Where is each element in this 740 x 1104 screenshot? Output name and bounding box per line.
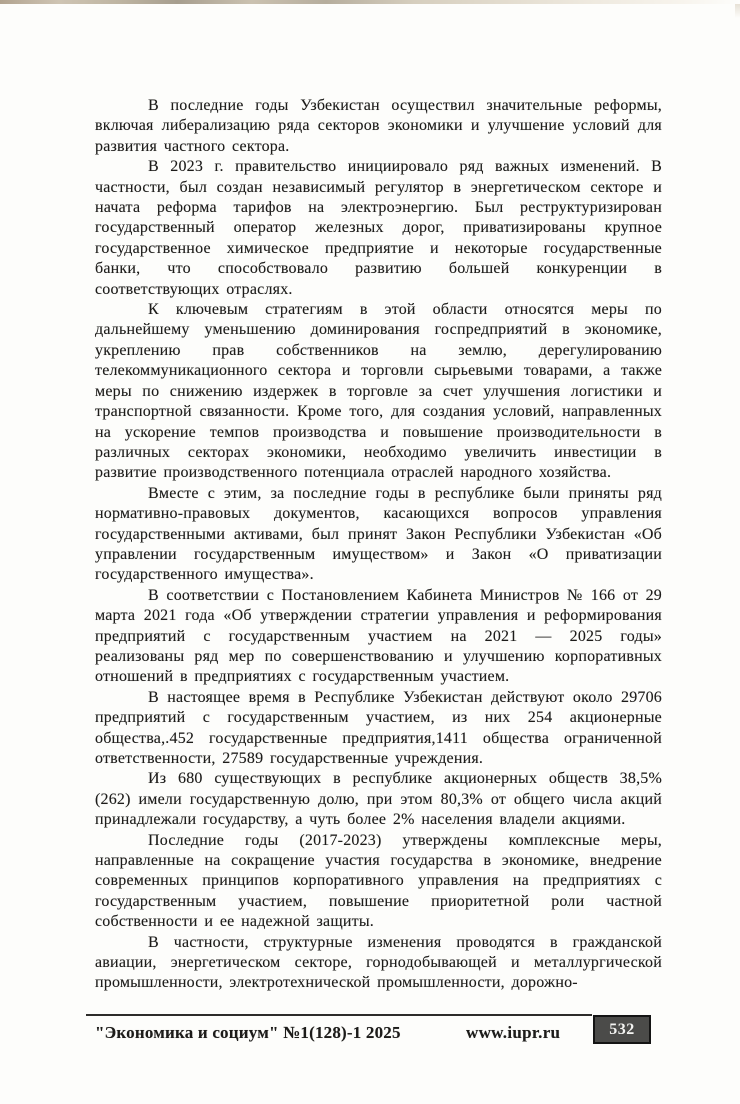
paragraph: В настоящее время в Республике Узбекиста… — [95, 688, 662, 770]
document-body: В последние годы Узбекистан осуществил з… — [95, 96, 662, 994]
paragraph: Последние годы (2017-2023) утверждены ко… — [95, 831, 662, 933]
paragraph: В последние годы Узбекистан осуществил з… — [95, 96, 662, 157]
footer-divider — [86, 1014, 592, 1016]
paragraph: Из 680 существующих в республике акционе… — [95, 769, 662, 830]
paragraph: В 2023 г. правительство инициировало ряд… — [95, 157, 662, 300]
scanned-journal-page: В последние годы Узбекистан осуществил з… — [0, 0, 740, 1104]
journal-title: "Экономика и социум" №1(128)-1 2025 — [95, 1023, 401, 1043]
page-number-badge: 532 — [593, 1015, 651, 1044]
paragraph: Вместе с этим, за последние годы в респу… — [95, 484, 662, 586]
paragraph: В соответствии с Постановлением Кабинета… — [95, 586, 662, 688]
scan-top-edge-artifact — [0, 0, 740, 4]
scan-corner-artifact — [735, 4, 740, 18]
paragraph: В частности, структурные изменения прово… — [95, 933, 662, 994]
website-url: www.iupr.ru — [466, 1023, 560, 1043]
paragraph: К ключевым стратегиям в этой области отн… — [95, 300, 662, 484]
